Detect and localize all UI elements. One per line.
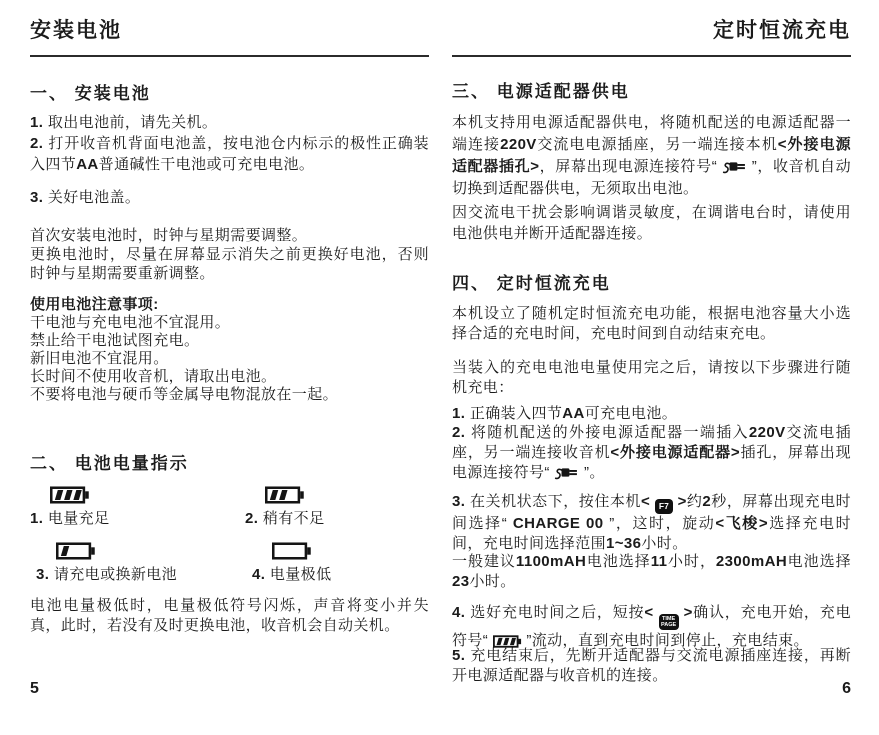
charge-intro-paragraph: 当装入的充电电池电量使用完之后，请按以下步骤进行随机充电： bbox=[452, 358, 851, 398]
battery-level-label: 2. 稍有不足 bbox=[245, 509, 435, 529]
page-header-right: 定时恒流充电 bbox=[452, 18, 851, 44]
header-rule-right bbox=[452, 55, 851, 57]
battery-level-label: 3. 请充电或换新电池 bbox=[36, 565, 226, 585]
low-battery-warning: 电池电量极低时，电量极低符号闪烁，声音将变小并失真，此时，若没有及时更换电池，收… bbox=[30, 596, 429, 636]
charge-step-1: 1. 正确装入四节AA可充电电池。 bbox=[452, 404, 851, 423]
battery-two-bars-icon bbox=[265, 486, 435, 506]
adapter-power-paragraph: 本机支持用电源适配器供电，将随机配送的电源适配器一端连接220V交流电电源插座，… bbox=[452, 112, 851, 200]
time-page-key-icon: TIMEPAGE bbox=[659, 614, 679, 630]
manual-page-right: 定时恒流充电 三、 电源适配器供电 本机支持用电源适配器供电，将随机配送的电源适… bbox=[452, 0, 851, 735]
battery-note: 不要将电池与硬币等金属导电物混放在一起。 bbox=[30, 386, 429, 404]
battery-note: 干电池与充电电池不宜混用。 bbox=[30, 314, 429, 332]
battery-level-grid: 1. 电量充足 2. 稍有不足 3. 请充电或换新电池 4. 电量极低 bbox=[30, 486, 429, 596]
ac-interference-paragraph: 因交流电干扰会影响调谐灵敏度，在调谐电台时，请使用电池供电并断开适配器连接。 bbox=[452, 202, 851, 244]
manual-page-left: 安装电池 一、 安装电池 1. 取出电池前，请先关机。 2. 打开收音机背面电池… bbox=[30, 0, 429, 735]
install-step-1: 1. 取出电池前，请先关机。 bbox=[30, 112, 429, 133]
battery-one-bar-icon bbox=[56, 542, 226, 562]
charge-step-4: 4. 选好充电时间之后，短按< TIMEPAGE >确认，充电开始，充电符号“ … bbox=[452, 602, 851, 652]
battery-level-label: 1. 电量充足 bbox=[30, 509, 220, 529]
battery-level-item: 2. 稍有不足 bbox=[245, 486, 435, 529]
power-plug-icon bbox=[554, 465, 579, 480]
install-step-3: 3. 关好电池盖。 bbox=[30, 187, 429, 208]
section-2-heading: 二、 电池电量指示 bbox=[30, 452, 429, 475]
section-3-heading: 三、 电源适配器供电 bbox=[452, 80, 851, 103]
battery-note: 禁止给干电池试图充电。 bbox=[30, 332, 429, 350]
charge-step-3: 3. 在关机状态下，按住本机< F7 >约2秒，屏幕出现充电时间选择“ CHAR… bbox=[452, 492, 851, 554]
page-number-left: 5 bbox=[30, 680, 429, 698]
battery-level-item: 3. 请充电或换新电池 bbox=[36, 542, 226, 585]
battery-note: 新旧电池不宜混用。 bbox=[30, 350, 429, 368]
charge-function-paragraph: 本机设立了随机定时恒流充电功能，根据电池容量大小选择合适的充电时间，充电时间到自… bbox=[452, 304, 851, 344]
charge-step-3-recommendation: 一般建议1100mAH电池选择11小时，2300mAH电池选择23小时。 bbox=[452, 552, 851, 592]
power-plug-icon bbox=[722, 159, 747, 174]
install-step-2: 2. 打开收音机背面电池盖，按电池仓内标示的极性正确装入四节AA普通碱性干电池或… bbox=[30, 133, 429, 175]
charge-step-2: 2. 将随机配送的外接电源适配器一端插入220V交流电插座，另一端连接收音机<外… bbox=[452, 423, 851, 483]
section-1-heading: 一、 安装电池 bbox=[30, 82, 429, 105]
page-number-right: 6 bbox=[452, 680, 851, 698]
section-4-heading: 四、 定时恒流充电 bbox=[452, 272, 851, 295]
battery-level-item: 1. 电量充足 bbox=[30, 486, 220, 529]
battery-level-label: 4. 电量极低 bbox=[252, 565, 442, 585]
clock-adjust-note-2: 更换电池时，尽量在屏幕显示消失之前更换好电池，否则时钟与星期需要重新调整。 bbox=[30, 245, 429, 283]
battery-empty-icon bbox=[272, 542, 442, 562]
battery-notes-title: 使用电池注意事项: bbox=[30, 296, 429, 314]
battery-full-icon bbox=[50, 486, 220, 506]
battery-level-item: 4. 电量极低 bbox=[252, 542, 442, 585]
battery-note: 长时间不使用收音机，请取出电池。 bbox=[30, 368, 429, 386]
page-header-left: 安装电池 bbox=[30, 18, 429, 44]
clock-adjust-note-1: 首次安装电池时，时钟与星期需要调整。 bbox=[30, 226, 429, 245]
f7-key-icon: F7 bbox=[655, 499, 673, 514]
header-rule-left bbox=[30, 55, 429, 57]
